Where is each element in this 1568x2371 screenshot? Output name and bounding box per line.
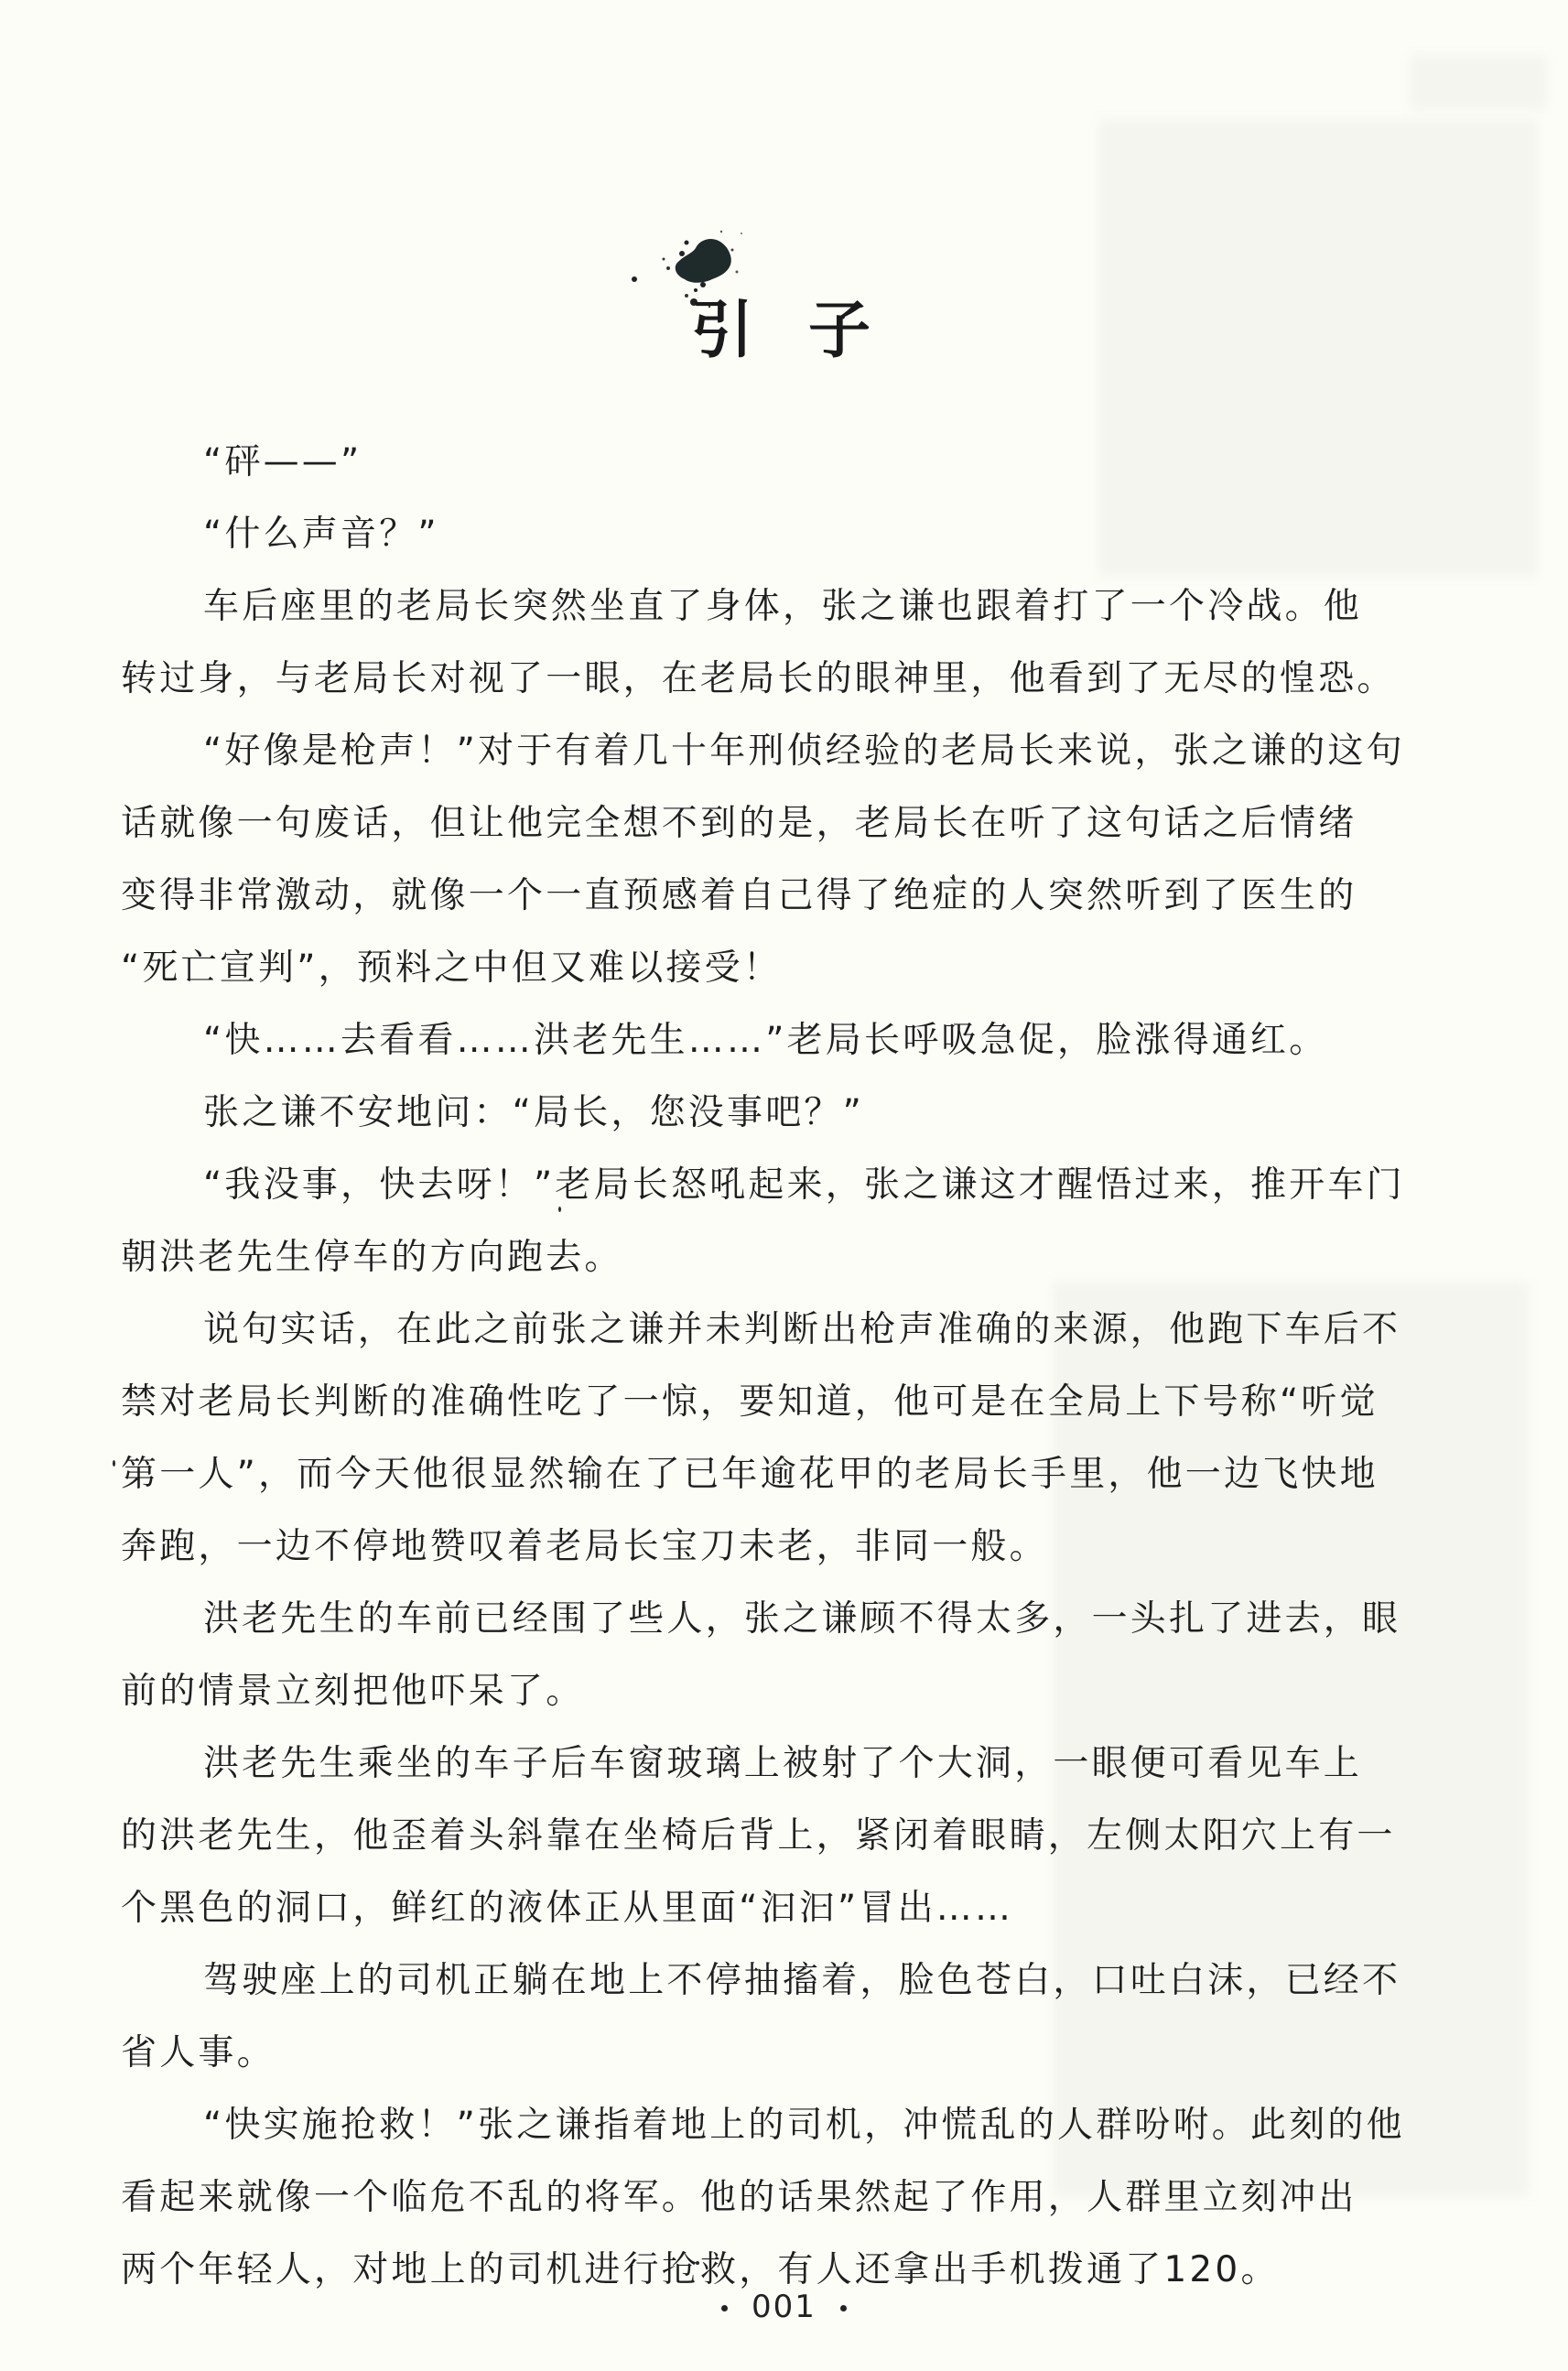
scan-speck [952, 874, 955, 880]
scan-speck [113, 1460, 115, 1467]
scan-speck [558, 1207, 561, 1212]
text-line: 车后座里的老局长突然坐直了身体，张之谦也跟着打了一个冷战。他 [121, 575, 1448, 638]
text-line: “快实施抢救！”张之谦指着地上的司机，冲慌乱的人群吩咐。此刻的他 [121, 2094, 1448, 2157]
text-line: 洪老先生乘坐的车子后车窗玻璃上被射了个大洞，一眼便可看见车上 [121, 1732, 1448, 1795]
text-line: 省人事。 [121, 2021, 1448, 2084]
bullet-dot-icon [721, 2305, 728, 2311]
paragraph: “好像是枪声！”对于有着几十年刑侦经验的老局长来说，张之谦的这句 话就像一句废话… [121, 720, 1448, 1000]
text-line: 说句实话，在此之前张之谦并未判断出枪声准确的来源，他跑下车后不 [121, 1298, 1448, 1361]
text-line: 禁对老局长判断的准确性吃了一惊，要知道，他可是在全局上下号称“听觉 [121, 1370, 1448, 1434]
title-char: 引 [691, 294, 808, 367]
bullet-dot-icon [840, 2305, 847, 2311]
paragraph: 说句实话，在此之前张之谦并未判断出枪声准确的来源，他跑下车后不 禁对老局长判断的… [121, 1298, 1448, 1578]
paragraph: “快实施抢救！”张之谦指着地上的司机，冲慌乱的人群吩咐。此刻的他 看起来就像一个… [121, 2094, 1448, 2301]
paragraph: 张之谦不安地问：“局长，您没事吧？” [121, 1081, 1448, 1144]
text-line: 话就像一句废话，但让他完全想不到的是，老局长在听了这句话之后情绪 [121, 792, 1448, 855]
text-line: 看起来就像一个临危不乱的将军。他的话果然起了作用，人群里立刻冲出 [121, 2166, 1448, 2229]
paragraph: “砰——” [121, 430, 1448, 493]
text-line: “砰——” [203, 441, 362, 482]
paragraph: 驾驶座上的司机正躺在地上不停抽搐着，脸色苍白，口吐白沫，已经不 省人事。 [121, 1949, 1448, 2084]
chapter-body: “砰——” “什么声音？” 车后座里的老局长突然坐直了身体，张之谦也跟着打了一个… [121, 430, 1448, 2301]
paragraph: “什么声音？” [121, 503, 1448, 566]
text-line: 的洪老先生，他歪着头斜靠在坐椅后背上，紧闭着眼睛，左侧太阳穴上有一 [121, 1804, 1448, 1868]
paragraph: 洪老先生乘坐的车子后车窗玻璃上被射了个大洞，一眼便可看见车上 的洪老先生，他歪着… [121, 1732, 1448, 1940]
text-line: “快……去看看……洪老先生……”老局长呼吸急促，脸涨得通红。 [121, 1009, 1448, 1072]
text-line: 张之谦不安地问：“局长，您没事吧？” [121, 1081, 1448, 1144]
text-line: 第一人”，而今天他很显然输在了已年逾花甲的老局长手里，他一边飞快地 [121, 1443, 1448, 1506]
text-line: “好像是枪声！”对于有着几十年刑侦经验的老局长来说，张之谦的这句 [121, 720, 1448, 783]
text-line: 洪老先生的车前已经围了些人，张之谦顾不得太多，一头扎了进去，眼 [121, 1587, 1448, 1651]
page-number-value: 001 [752, 2289, 816, 2325]
text-line: 驾驶座上的司机正躺在地上不停抽搐着，脸色苍白，口吐白沫，已经不 [121, 1949, 1448, 2012]
text-line: “什么声音？” [203, 514, 439, 555]
paragraph: 车后座里的老局长突然坐直了身体，张之谦也跟着打了一个冷战。他 转过身，与老局长对… [121, 575, 1448, 710]
text-line: “我没事，快去呀！”老局长怒吼起来，张之谦这才醒悟过来，推开车门 [121, 1153, 1448, 1217]
title-char: 子 [808, 294, 925, 367]
paragraph: “我没事，快去呀！”老局长怒吼起来，张之谦这才醒悟过来，推开车门 朝洪老先生停车… [121, 1153, 1448, 1289]
show-through-smudge [1410, 55, 1547, 110]
text-line: 朝洪老先生停车的方向跑去。 [121, 1226, 1448, 1289]
text-line: 前的情景立刻把他吓呆了。 [121, 1660, 1448, 1723]
paragraph: “快……去看看……洪老先生……”老局长呼吸急促，脸涨得通红。 [121, 1009, 1448, 1072]
text-line: 转过身，与老局长对视了一眼，在老局长的眼神里，他看到了无尽的惶恐。 [121, 647, 1448, 710]
paragraph: 洪老先生的车前已经围了些人，张之谦顾不得太多，一头扎了进去，眼 前的情景立刻把他… [121, 1587, 1448, 1723]
chapter-heading: 引子 [586, 197, 989, 380]
chapter-title: 引子 [691, 281, 925, 370]
scan-speck [696, 2261, 699, 2265]
text-line: 奔跑，一边不停地赞叹着老局长宝刀未老，非同一般。 [121, 1515, 1448, 1578]
text-line: 个黑色的洞口，鲜红的液体正从里面“汩汩”冒出…… [121, 1877, 1448, 1940]
page-number: 001 [0, 2289, 1568, 2325]
book-page: 引子 “砰——” “什么声音？” 车后座里的老局长突然坐直了身体，张之谦也跟着打… [0, 0, 1568, 2371]
text-line: 变得非常激动，就像一个一直预感着自己得了绝症的人突然听到了医生的 [121, 864, 1448, 927]
text-line: “死亡宣判”，预料之中但又难以接受！ [121, 936, 1448, 1000]
